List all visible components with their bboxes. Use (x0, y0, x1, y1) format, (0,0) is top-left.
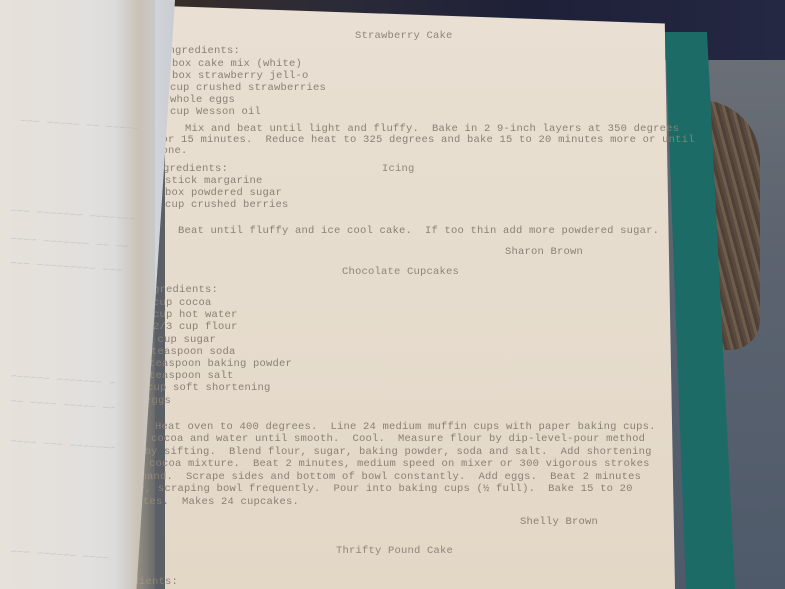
directions-line: for 15 minutes. Reduce heat to 325 degre… (155, 134, 695, 147)
ingredient: cup Wesson oil (170, 106, 261, 119)
author-signature: Shelly Brown (520, 516, 598, 529)
recipe-title-strawberry-cake: Strawberry Cake (355, 30, 453, 43)
ingredient: ¼ teaspoon baking powder (136, 358, 292, 371)
ingredient: cup crushed strawberries (170, 82, 326, 95)
bleed-through-text: ~~~~~~~ ~~~ ~~~~ (10, 436, 116, 455)
ingredient: 1 box powdered sugar (152, 187, 282, 200)
directions-line: by hand. Scrape sides and bottom of bowl… (121, 471, 641, 484)
recipe-title-thrifty-pound-cake: Thrifty Pound Cake (336, 545, 453, 558)
icing-title: Icing (382, 163, 415, 176)
icing-directions: Beat until fluffy and ice cool cake. If … (178, 225, 659, 238)
ingredient: whole eggs (170, 94, 235, 107)
directions-line: Heat oven to 400 degrees. Line 24 medium… (155, 421, 656, 434)
directions-line: and cocoa mixture. Beat 2 minutes, mediu… (123, 458, 650, 471)
bleed-through-text: ~~~ ~~~~~~~~~ ~~~ (10, 258, 123, 278)
ingredients-label: Ingredients: (162, 45, 240, 58)
bleed-through-text: ~~ ~~~~~ ~~~~ ~~ (10, 396, 116, 415)
directions-line: more, scraping bowl frequently. Pour int… (119, 483, 633, 496)
bleed-through-text: ~ ~~~~~~~ ~~~~~~ (10, 371, 116, 390)
bleed-through-text: ~~ ~~ ~~~~~~~ ~~~~ (10, 234, 129, 254)
author-signature: Sharon Brown (505, 246, 583, 259)
recipe-title-chocolate-cupcakes: Chocolate Cupcakes (342, 266, 459, 279)
bleed-through-text: ~~~~ ~~~~~~ ~~~ (10, 547, 110, 566)
ingredient: box strawberry jell-o (172, 70, 309, 83)
ingredient: 1 cup crushed berries (152, 199, 289, 212)
page-fold-shadow (115, 0, 155, 589)
directions-line: or by sifting. Blend flour, sugar, bakin… (125, 446, 652, 459)
directions-line: Mix cocoa and water until smooth. Cool. … (125, 433, 645, 446)
ingredient: box cake mix (white) (172, 58, 302, 71)
ingredient: 1 stick margarine (152, 175, 263, 188)
